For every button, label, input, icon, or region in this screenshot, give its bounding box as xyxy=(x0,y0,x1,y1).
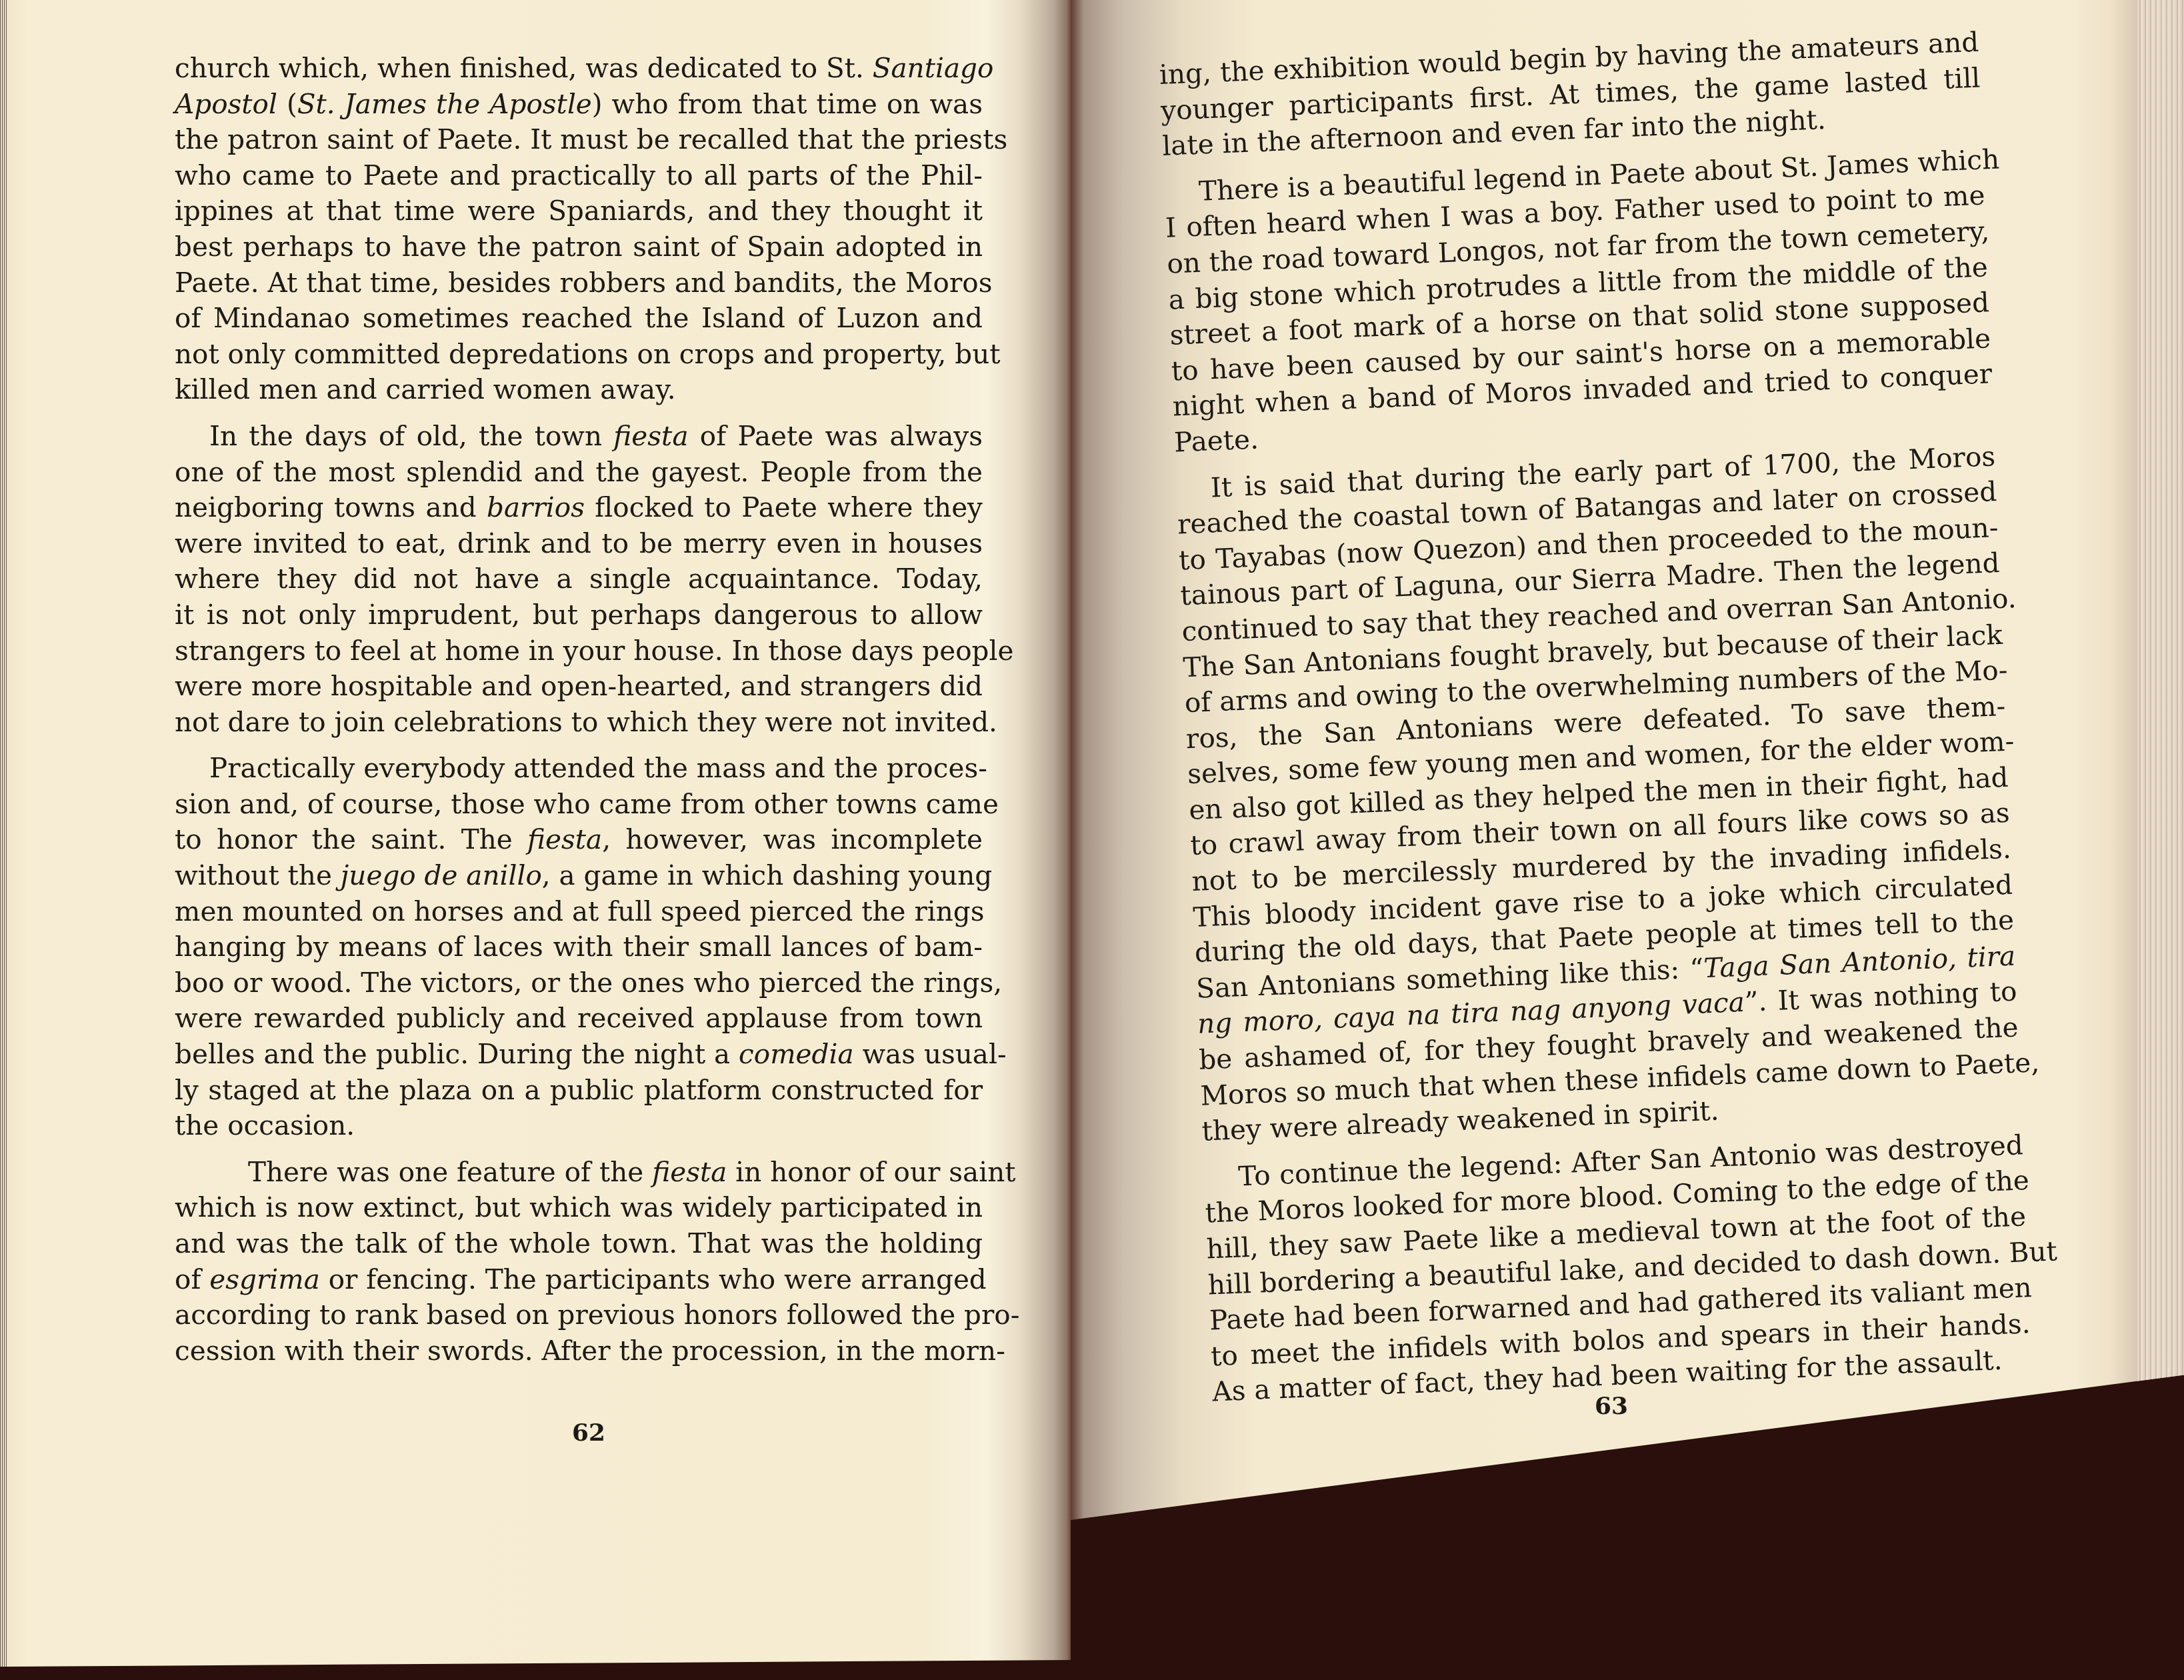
text-line: who came to Paete and practically to all… xyxy=(175,158,983,194)
text-line: Apostol (St. James the Apostle) who from… xyxy=(175,87,983,123)
text-line: and was the talk of the whole town. That… xyxy=(175,1226,983,1262)
text-line: belles and the public. During the night … xyxy=(175,1037,983,1073)
book-spread: church which, when finished, was dedicat… xyxy=(0,0,2184,1680)
text-line: hanging by means of laces with their sma… xyxy=(175,929,983,965)
text-line: of esgrima or fencing. The participants … xyxy=(175,1262,983,1298)
text-line: the patron saint of Paete. It must be re… xyxy=(175,122,983,158)
left-page: church which, when finished, was dedicat… xyxy=(0,0,1071,1667)
text-line: men mounted on horses and at full speed … xyxy=(175,894,983,930)
text-line: according to rank based on previous hono… xyxy=(175,1297,983,1333)
text-line: it is not only imprudent, but perhaps da… xyxy=(175,597,983,633)
page-number: 62 xyxy=(572,1419,605,1447)
paragraph: In the days of old, the town fiesta of P… xyxy=(175,419,983,740)
text-line: Practically everybody attended the mass … xyxy=(175,751,983,787)
text-line: Paete. At that time, besides robbers and… xyxy=(175,265,983,301)
text-line: were rewarded publicly and received appl… xyxy=(175,1001,983,1037)
paragraph: To continue the legend: After San Antoni… xyxy=(1203,1127,2032,1410)
text-line: were more hospitable and open-hearted, a… xyxy=(175,669,983,705)
text-line: boo or wood. The victors, or the ones wh… xyxy=(175,965,983,1001)
paragraph: church which, when finished, was dedicat… xyxy=(175,51,983,408)
text-line: In the days of old, the town fiesta of P… xyxy=(175,419,983,455)
text-line: strangers to feel at home in your house.… xyxy=(175,633,983,669)
page-edges-right xyxy=(2137,0,2184,1400)
left-page-body: church which, when finished, was dedicat… xyxy=(175,51,983,1379)
paragraph: Practically everybody attended the mass … xyxy=(175,751,983,1144)
text-line: best perhaps to have the patron saint of… xyxy=(175,229,983,265)
text-line: There was one feature of the fiesta in h… xyxy=(175,1155,983,1191)
text-line: the occasion. xyxy=(175,1108,983,1144)
paragraph: There is a beautiful legend in Paete abo… xyxy=(1163,142,1994,461)
text-line: cession with their swords. After the pro… xyxy=(175,1333,983,1369)
paragraph: It is said that during the early part of… xyxy=(1175,439,2022,1150)
text-line: were invited to eat, drink and to be mer… xyxy=(175,526,983,562)
text-line: where they did not have a single acquain… xyxy=(175,561,983,597)
text-line: to honor the saint. The fiesta, however,… xyxy=(175,822,983,858)
paragraph: There was one feature of the fiesta in h… xyxy=(175,1155,983,1369)
text-line: sion and, of course, those who came from… xyxy=(175,787,983,823)
text-line: killed men and carried women away. xyxy=(175,372,983,408)
text-line: one of the most splendid and the gayest.… xyxy=(175,455,983,491)
page-number: 63 xyxy=(1595,1392,1628,1420)
text-line: which is now extinct, but which was wide… xyxy=(175,1190,983,1226)
text-line: ly staged at the plaza on a public platf… xyxy=(175,1073,983,1109)
text-line: ippines at that time were Spaniards, and… xyxy=(175,193,983,229)
right-page-body: ing, the exhibition would begin by havin… xyxy=(1159,25,2033,1421)
page-edges-left xyxy=(0,0,7,1667)
text-line: neigboring towns and barrios flocked to … xyxy=(175,490,983,526)
text-line: not dare to join celebrations to which t… xyxy=(175,705,983,741)
text-line: not only committed depredations on crops… xyxy=(175,337,983,373)
text-line: church which, when finished, was dedicat… xyxy=(175,51,983,87)
text-line: of Mindanao sometimes reached the Island… xyxy=(175,301,983,337)
text-line: without the juego de anillo, a game in w… xyxy=(175,858,983,894)
